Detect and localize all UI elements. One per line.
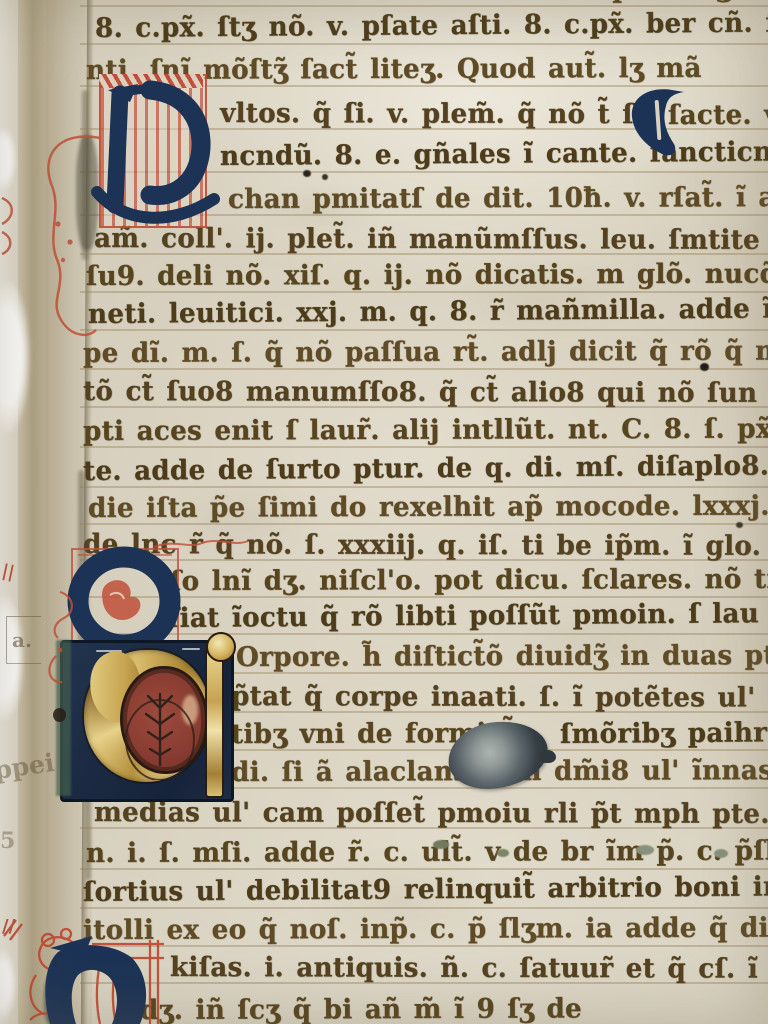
photo-vignette [0, 0, 768, 1024]
manuscript-photo: m cuſtã ne ſacte nat ĩ ſuo mſ ciẽ pano d… [0, 0, 768, 1024]
